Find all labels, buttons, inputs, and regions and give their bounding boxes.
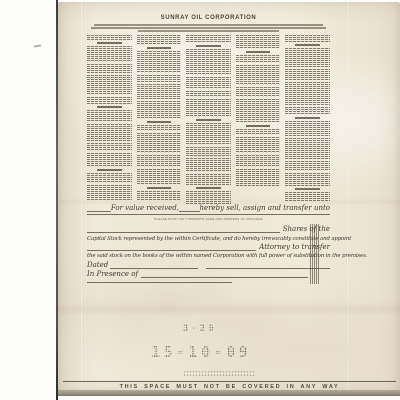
scan-artifact [34, 45, 41, 48]
microprint-paragraph [236, 99, 281, 123]
microprint-line [91, 27, 327, 29]
microprint-paragraph [236, 87, 281, 97]
power-of-substitution-label: the said stock on the books of the withi… [87, 253, 367, 260]
microprint-paragraph [285, 69, 330, 80]
microprint-paragraph [236, 137, 281, 153]
microprint-line [138, 30, 279, 32]
sell-assign-label: hereby sell, assign and transfer unto [200, 204, 330, 212]
microprint-paragraph [236, 35, 281, 49]
blank-underline [87, 281, 232, 283]
microprint-paragraph [87, 35, 132, 40]
microprint-paragraph [285, 173, 330, 186]
microprint-paragraph [236, 129, 281, 135]
microprint-heading [246, 125, 271, 127]
blank-underline [87, 231, 280, 233]
microprint-paragraph [87, 153, 132, 167]
microprint-heading [196, 187, 221, 189]
header-legal-paragraph [87, 24, 330, 33]
microprint-paragraph [186, 174, 231, 185]
shares-of-the-label: Shares of the [283, 225, 330, 233]
microprint-paragraph [137, 35, 182, 45]
microprint-paragraph [137, 191, 182, 200]
perforation-remnant-dots [183, 370, 255, 377]
microprint-paragraph [186, 191, 231, 204]
date-fill-line [110, 267, 198, 269]
microprint-paragraph [87, 185, 132, 200]
microprint-paragraph [186, 77, 231, 89]
microprint-paragraph [87, 75, 132, 95]
blank-underline [179, 210, 200, 212]
microprint-paragraph [186, 49, 231, 75]
assignee-micro-note: PLEASE PRINT OR TYPEWRITE NAME AND ADDRE… [87, 217, 330, 221]
microprint-paragraph [285, 35, 330, 42]
microprint-heading [295, 44, 320, 46]
assignment-line-1: For value received, hereby sell, assign … [87, 204, 330, 212]
dated-label: Dated [87, 261, 108, 269]
legal-text-column [137, 35, 182, 201]
microprint-heading [246, 51, 271, 53]
microprint-paragraph [186, 147, 231, 156]
microprint-paragraph [186, 158, 231, 172]
printed-form: SUNRAY OIL CORPORATION For value receive… [87, 2, 330, 396]
microprint-paragraph [236, 55, 281, 63]
capital-stock-row: Capital Stock represented by the within … [87, 236, 330, 243]
microprint-paragraph [137, 51, 182, 73]
microprint-paragraph [87, 124, 132, 141]
perforated-number-row1: 3-20 [183, 324, 217, 334]
extra-line-row [87, 281, 330, 283]
footer-rule [63, 381, 396, 382]
legal-text-columns [87, 35, 330, 201]
microprint-heading [295, 188, 320, 190]
microprint-paragraph [87, 143, 132, 151]
for-value-received-label: For value received, [111, 204, 179, 212]
blank-underline [87, 210, 111, 212]
attorney-label: Attorney to transfer [259, 243, 330, 251]
microprint-paragraph [285, 161, 330, 171]
microprint-line [94, 24, 322, 26]
microprint-paragraph [137, 155, 182, 167]
microprint-heading [97, 169, 122, 171]
power-row: the said stock on the books of the withi… [87, 253, 330, 260]
dated-row: Dated [87, 261, 330, 269]
assignee-name-line [87, 214, 330, 215]
blank-underline [87, 249, 256, 251]
presence-row: In Presence of [87, 270, 330, 278]
legal-text-column [186, 35, 231, 201]
microprint-heading [147, 187, 172, 189]
perforated-number-row2: 15-10-09 [151, 343, 251, 361]
microprint-heading [97, 106, 122, 108]
legal-text-column [236, 35, 281, 201]
microprint-paragraph [236, 169, 281, 187]
microprint-paragraph [87, 64, 132, 73]
microprint-paragraph [285, 82, 330, 105]
microprint-heading [196, 45, 221, 47]
microprint-heading [196, 119, 221, 121]
microprint-heading [295, 117, 320, 119]
microprint-paragraph [186, 123, 231, 145]
microprint-paragraph [137, 101, 182, 119]
in-presence-of-label: In Presence of [87, 270, 138, 278]
microprint-paragraph [186, 91, 231, 97]
microprint-paragraph [87, 173, 132, 183]
microprint-heading [147, 121, 172, 123]
microprint-heading [97, 42, 122, 44]
microprint-paragraph [285, 107, 330, 115]
microprint-paragraph [87, 97, 132, 104]
attorney-row: Attorney to transfer [87, 243, 330, 251]
microprint-paragraph [236, 155, 281, 167]
rotated-signature-notice-microtext [310, 224, 319, 284]
microprint-paragraph [87, 46, 132, 62]
legal-text-column [285, 35, 330, 201]
microprint-paragraph [137, 133, 182, 153]
microprint-paragraph [186, 99, 231, 117]
microprint-paragraph [285, 48, 330, 67]
microprint-paragraph [87, 110, 132, 122]
microprint-paragraph [137, 169, 182, 185]
certificate-back-paper: SUNRAY OIL CORPORATION For value receive… [58, 2, 400, 396]
microprint-heading [147, 47, 172, 49]
microprint-paragraph [236, 65, 281, 85]
microprint-paragraph [186, 35, 231, 43]
page-title: SUNRAY OIL CORPORATION [87, 15, 330, 21]
microprint-paragraph [137, 125, 182, 131]
shares-row: Shares of the [87, 225, 330, 233]
microprint-paragraph [137, 75, 182, 82]
legal-text-column [87, 35, 132, 201]
witness-line [141, 276, 308, 278]
paper-bottom-shadow [58, 390, 400, 396]
microprint-paragraph [285, 121, 330, 136]
footer-banner: THIS SPACE MUST NOT BE COVERED IN ANY WA… [63, 381, 396, 390]
microprint-paragraph [285, 138, 330, 159]
microprint-paragraph [285, 192, 330, 201]
microprint-paragraph [137, 84, 182, 99]
